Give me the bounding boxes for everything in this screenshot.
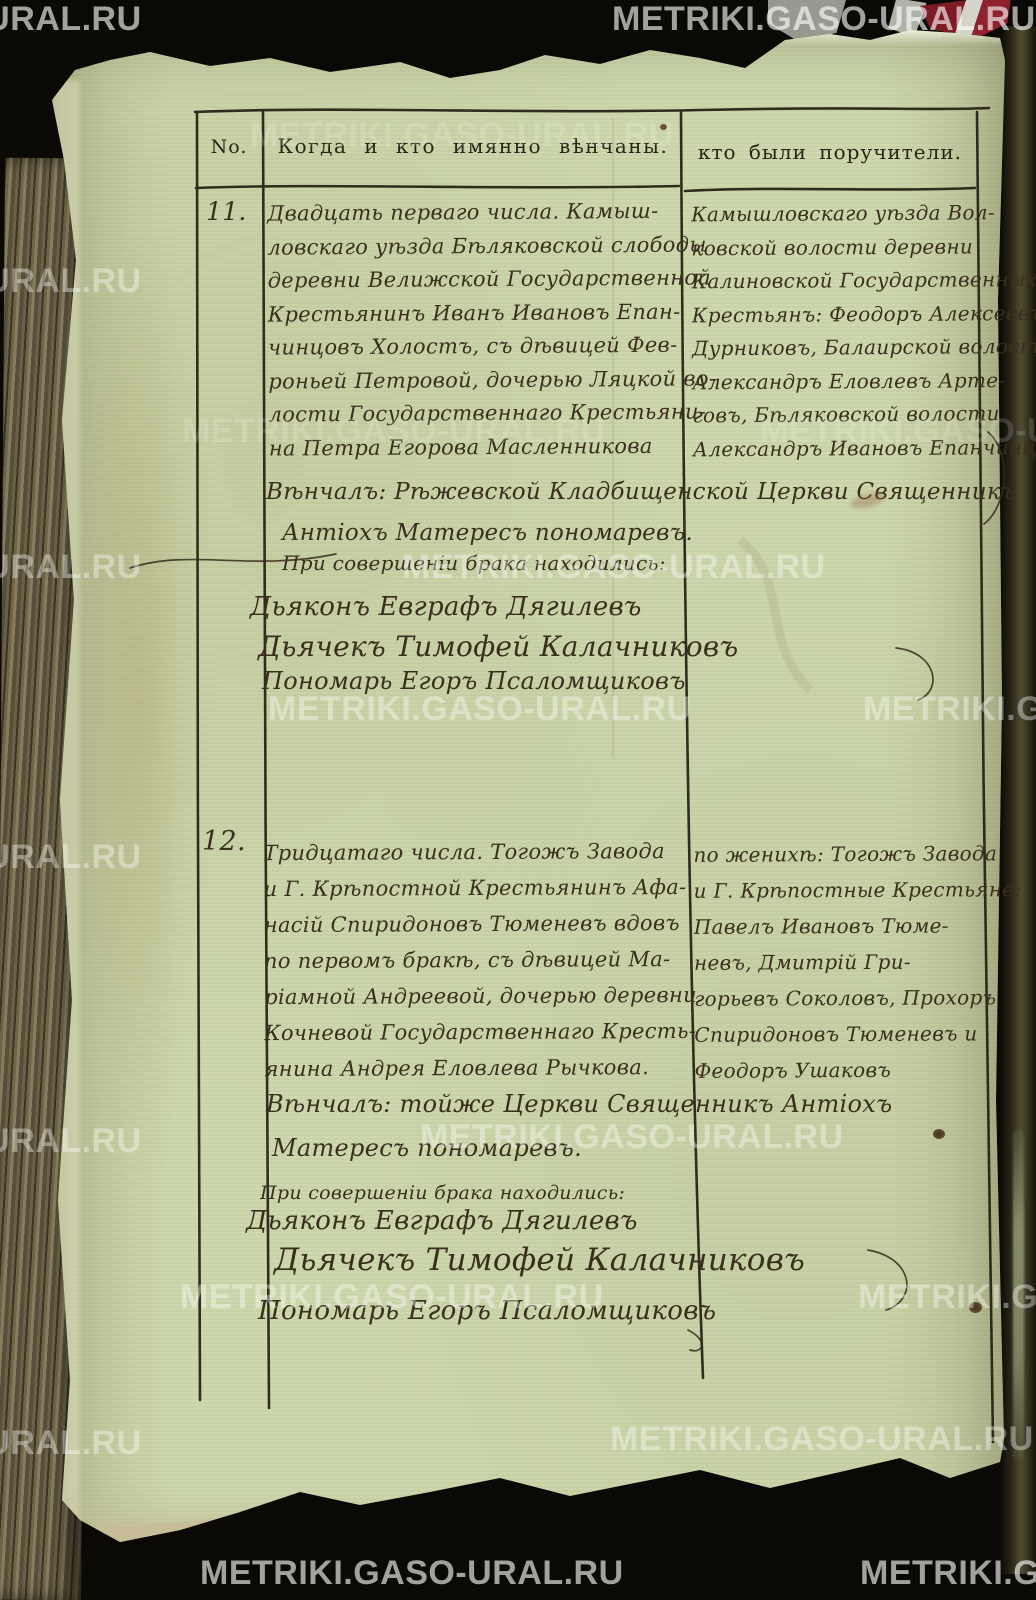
watermark: METRIKI.GASO-URAL.RU: [200, 1554, 624, 1593]
record-11-officiant-text: Вѣнчалъ: Рѣжевской Кладбищенской Церкви …: [266, 472, 1017, 554]
watermark: METRIKI.GASO-URAL.RU: [0, 0, 142, 39]
page-edge-sliver: [1013, 1130, 1024, 1460]
handwritten-line: и Г. Крѣпостной Крестьянинъ Афа-: [264, 869, 697, 907]
handwritten-line: роньей Петровой, дочерью Ляцкой во-: [268, 362, 716, 399]
handwritten-line: деревни Велижской Государственной: [268, 261, 716, 298]
handwritten-line: Тридцатаго числа. Тогожъ Завода: [263, 833, 696, 871]
handwritten-line: Двадцать перваго числа. Камыш-: [267, 194, 715, 231]
record-12-marriage-text: Тридцатаго числа. Тогожъ Завода и Г. Крѣ…: [263, 833, 697, 1087]
torn-paper-flake: [352, 1530, 573, 1564]
handwritten-line: по первомъ бракѣ, съ дѣвицей Ма-: [264, 941, 697, 979]
handwritten-line: ловскаго уѣзда Бѣляковской слободы: [267, 228, 715, 265]
handwritten-line: горьевъ Соколовъ, Прохоръ: [694, 979, 1022, 1017]
handwritten-line: Спиридоновъ Тюменевъ и: [694, 1015, 1022, 1053]
handwritten-line: Вѣнчалъ: Рѣжевской Кладбищенской Церкви …: [266, 472, 1017, 513]
handwritten-line: Камышловскаго уѣзда Вол-: [691, 196, 1036, 232]
water-stain: [74, 230, 204, 1190]
paper-hole: [969, 1302, 982, 1313]
column-header-number: No.: [197, 136, 261, 158]
handwritten-line: Калиновской Государственныхъ: [692, 263, 1036, 299]
torn-top-edge-highlight: [52, 30, 1008, 46]
handwritten-line: лости Государственнаго Крестьяни-: [268, 395, 716, 432]
handwritten-line: и Г. Крѣпостные Крестьяне:: [694, 871, 1022, 909]
record-number: 11.: [206, 197, 247, 226]
ink-speck: [660, 124, 667, 130]
handwritten-line: по женихѣ: Тогожъ Завода: [693, 835, 1021, 873]
record-number: 12.: [202, 826, 246, 857]
handwritten-line: Антіохъ Матересъ пономаревъ.: [282, 513, 1017, 554]
paper-crease: [612, 118, 614, 758]
handwritten-line: Крестьянъ: Феодоръ Алексеевъ: [692, 296, 1036, 332]
handwritten-line: чинцовъ Холостъ, съ дѣвицей Фев-: [268, 328, 716, 365]
clergy-signature: Дьяконъ Евграфъ Дягилевъ: [246, 1206, 638, 1236]
clergy-signature: Дьячекъ Тимофей Калачниковъ: [258, 630, 738, 663]
handwritten-line: Дурниковъ, Балаирской волости: [692, 330, 1036, 366]
column-header-witnesses: кто были поручители.: [686, 140, 974, 164]
record-11-witnesses-text: Камышловскаго уѣзда Вол- ковской волости…: [691, 196, 1036, 467]
handwritten-line: Кочневой Государственнаго Кресть-: [264, 1013, 697, 1051]
record-11-marriage-text: Двадцать перваго числа. Камыш- ловскаго …: [267, 194, 717, 465]
record-11-present-label: При совершеніи брака находились:: [282, 551, 666, 575]
record-12-officiant-text: Вѣнчалъ: тойже Церкви Священникъ Антіохъ…: [266, 1082, 892, 1170]
torn-bottom-edge: [52, 1490, 1008, 1562]
record-12-witnesses-text: по женихѣ: Тогожъ Завода и Г. Крѣпостные…: [693, 835, 1022, 1089]
handwritten-line: Крестьянинъ Иванъ Ивановъ Епан-: [268, 295, 716, 332]
handwritten-line: ріамной Андреевой, дочерью деревни: [264, 977, 697, 1015]
handwritten-line: невъ, Дмитрій Гри-: [694, 943, 1022, 981]
record-12-present-label: При совершеніи брака находились:: [260, 1182, 625, 1204]
handwritten-line: Александръ Еловлевъ Арте-: [692, 363, 1036, 399]
paper-hole: [933, 1129, 945, 1139]
torn-paper-flake: [692, 1529, 953, 1562]
column-header-married: Когда и кто имянно вѣнчаны.: [264, 134, 682, 158]
clergy-signature: Дьячекъ Тимофей Калачниковъ: [274, 1242, 805, 1278]
handwritten-line: на Петра Егорова Масленникова: [269, 429, 717, 466]
clergy-signature: Пономарь Егоръ Псаломщиковъ: [262, 667, 686, 695]
handwritten-line: Александръ Ивановъ Епанчинцовъ.: [693, 430, 1036, 466]
handwritten-line: Матересъ пономаревъ.: [272, 1126, 892, 1170]
handwritten-line: ковской волости деревни: [691, 229, 1036, 265]
handwritten-line: Вѣнчалъ: тойже Церкви Священникъ Антіохъ: [266, 1082, 892, 1126]
handwritten-line: говъ, Бѣляковской волости: [692, 397, 1036, 433]
clergy-signature: Дьяконъ Евграфъ Дягилевъ: [250, 592, 642, 622]
handwritten-line: Павелъ Ивановъ Тюме-: [694, 907, 1022, 945]
handwritten-line: насій Спиридоновъ Тюменевъ вдовъ: [264, 905, 697, 943]
scanned-metric-book-photo: { "source_watermark": "METRIKI.GASO-URAL…: [0, 0, 1036, 1600]
clergy-signature: Пономарь Егоръ Псаломщиковъ: [258, 1296, 716, 1326]
